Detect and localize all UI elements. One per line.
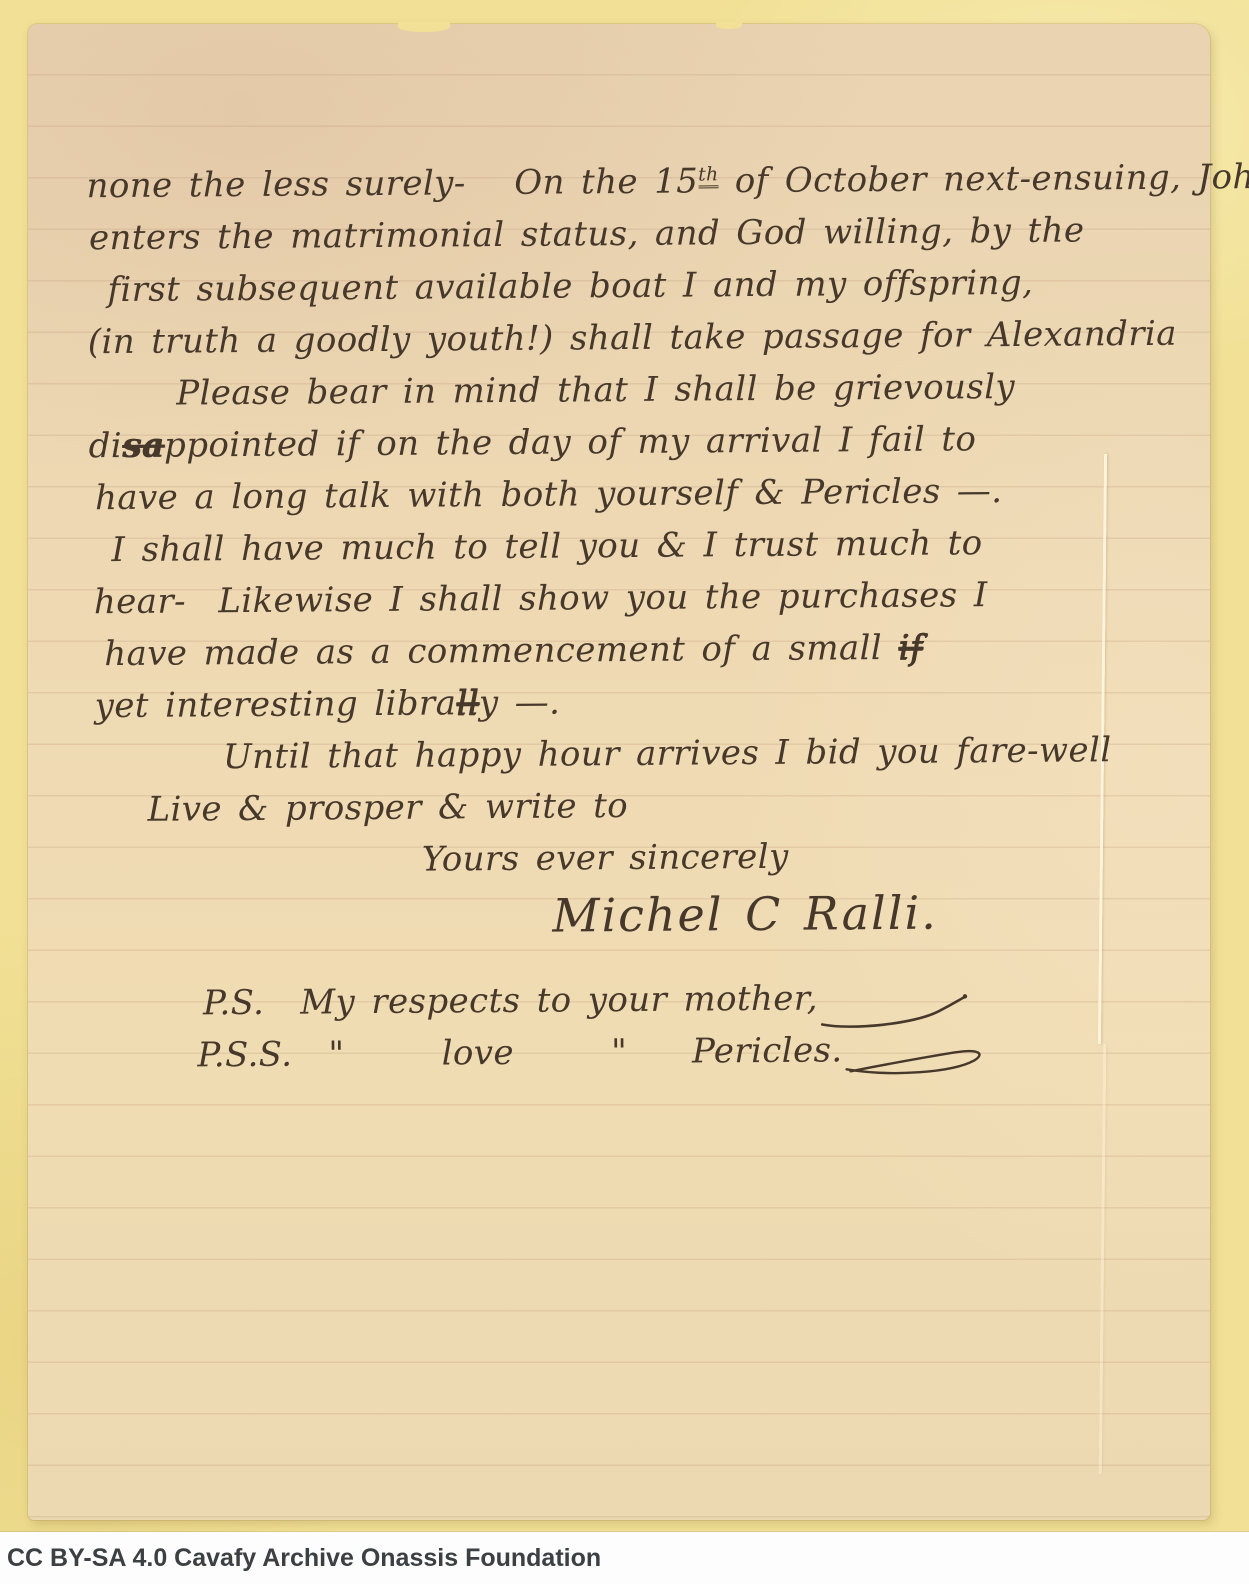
ordinal-superscript: th [698, 164, 719, 188]
handwritten-line: have a long talk with both yourself & Pe… [95, 464, 1169, 524]
postscript-line: P.S.S." love " Pericles. [197, 1022, 1173, 1082]
scan-background: none the less surely- On the 15th of Oct… [0, 0, 1249, 1584]
line-text: of October next-ensuing, John [718, 157, 1249, 201]
closing-line: Yours ever sincerely [422, 828, 1172, 886]
handwritten-line: (in truth a goodly youth!) shall take pa… [88, 308, 1168, 368]
handwritten-line: enters the matrimonial status, and God w… [89, 204, 1167, 264]
postscript-line: P.S.My respects to your mother, [203, 970, 1173, 1030]
postscript-label: P.S. [203, 983, 265, 1023]
line-text: hear- Likewise I shall show you the purc… [94, 575, 988, 622]
paper-tear [716, 22, 742, 29]
license-text: CC BY-SA 4.0 Cavafy Archive Onassis Foun… [7, 1544, 601, 1573]
line-text: Yours ever sincerely [422, 837, 789, 880]
license-bar: CC BY-SA 4.0 Cavafy Archive Onassis Foun… [0, 1532, 1249, 1584]
paper-crease [1099, 1044, 1107, 1474]
letter-sheet: none the less surely- On the 15th of Oct… [28, 24, 1210, 1520]
line-text: Please bear in mind that I shall be grie… [176, 367, 1015, 414]
postscript-block: P.S.My respects to your mother, P.S.S." … [93, 970, 1174, 1082]
handwritten-line: disappointed if on the day of my arrival… [88, 412, 1168, 472]
struck-word: if [898, 628, 923, 668]
line-text: (in truth a goodly youth!) shall take pa… [88, 314, 1177, 363]
handwritten-line: yet interesting librally —. [94, 672, 1170, 732]
line-text: have a long talk with both yourself & Pe… [95, 471, 1003, 518]
flourish-stroke [843, 1044, 993, 1079]
line-text: " love " Pericles. [328, 1030, 842, 1074]
handwritten-line: I shall have much to tell you & I trust … [111, 516, 1169, 576]
struck-word: sa [122, 426, 164, 466]
handwritten-line: Please bear in mind that I shall be grie… [176, 360, 1168, 420]
line-text: My respects to your mother, [300, 979, 818, 1023]
handwritten-line: hear- Likewise I shall show you the purc… [94, 568, 1170, 628]
signature-text: Michel C Ralli. [552, 886, 938, 943]
line-text: yet interesting libra [95, 683, 457, 726]
line-text: di [88, 426, 122, 466]
paper-tear [398, 22, 450, 32]
line-text: enters the matrimonial status, and God w… [89, 210, 1085, 258]
signature: Michel C Ralli. [552, 880, 1172, 947]
line-text: have made as a commencement of a small [104, 628, 898, 674]
line-text: Live & prosper & write to [147, 786, 628, 830]
line-text: ppointed if on the day of my arrival I f… [164, 419, 977, 465]
line-text: Until that happy hour arrives I bid you … [223, 730, 1112, 777]
handwritten-line: have made as a commencement of a small i… [104, 620, 1170, 680]
line-text: none the less surely- On the 15 [86, 161, 698, 206]
struck-word: ll [456, 683, 479, 723]
line-text: y —. [479, 683, 561, 724]
handwritten-line: first subsequent available boat I and my… [107, 256, 1167, 316]
flourish-stroke [818, 989, 968, 1030]
handwritten-line: Live & prosper & write to [147, 776, 1171, 836]
line-text: I shall have much to tell you & I trust … [111, 523, 982, 570]
postscript-label: P.S.S. [197, 1035, 292, 1076]
handwritten-line: none the less surely- On the 15th of Oct… [86, 152, 1166, 212]
handwritten-line: Until that happy hour arrives I bid you … [223, 724, 1171, 783]
letter-body: none the less surely- On the 15th of Oct… [86, 152, 1173, 1082]
line-text: first subsequent available boat I and my… [107, 263, 1033, 310]
